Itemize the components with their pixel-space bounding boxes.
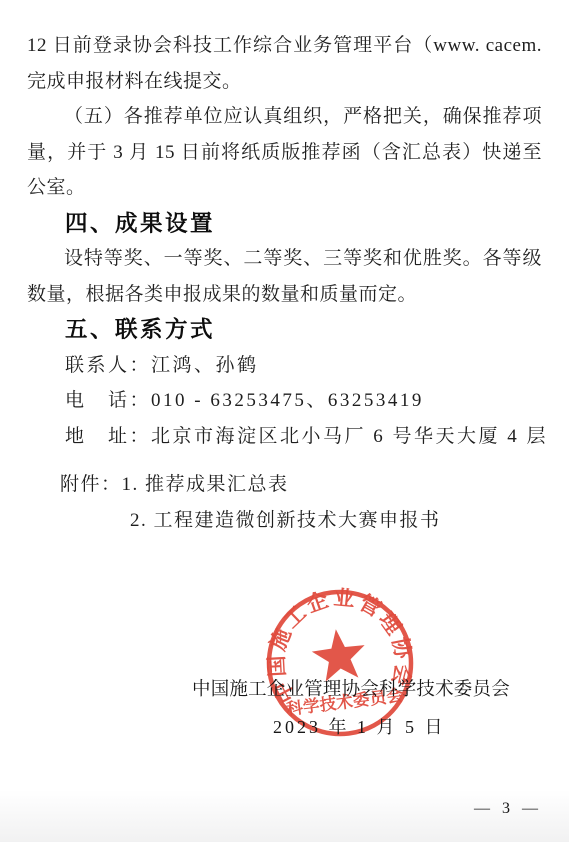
body-line: 12 日前登录协会科技工作综合业务管理平台（www. cacem. com. c… <box>27 28 542 64</box>
body-line: 量，并于 3 月 15 日前将纸质版推荐函（含汇总表）快递至科委办 <box>27 135 542 171</box>
body-line: （五）各推荐单位应认真组织，严格把关，确保推荐项目的质 <box>27 99 542 135</box>
body-line: 完成申报材料在线提交。 <box>27 64 542 100</box>
signature-date: 2023 年 1 月 5 日 <box>273 713 446 739</box>
page-number: — 3 — <box>474 800 542 818</box>
section-heading-contact: 五、联系方式 <box>27 312 542 348</box>
body-line: 数量，根据各类申报成果的数量和质量而定。 <box>27 277 542 313</box>
contact-phone-line: 电 话：010 - 63253475、63253419 <box>27 383 542 419</box>
body-text: 12 日前登录协会科技工作综合业务管理平台（www. cacem. com. c… <box>0 0 569 538</box>
attachment-line-2: 2. 工程建造微创新技术大赛申报书 <box>27 503 542 539</box>
signature-organization: 中国施工企业管理协会科学技术委员会 <box>192 675 510 701</box>
document-page: 12 日前登录协会科技工作综合业务管理平台（www. cacem. com. c… <box>0 0 569 842</box>
contact-person-line: 联系人：江鸿、孙鹤 <box>27 348 542 384</box>
body-line: 设特等奖、一等奖、二等奖、三等奖和优胜奖。各等级成果的 <box>27 241 542 277</box>
body-line: 公室。 <box>27 170 542 206</box>
section-heading-results: 四、成果设置 <box>27 206 542 242</box>
attachment-line-1: 附件：1. 推荐成果汇总表 <box>27 467 542 503</box>
contact-address-line: 地 址：北京市海淀区北小马厂 6 号华天大厦 4 层 <box>27 419 542 455</box>
